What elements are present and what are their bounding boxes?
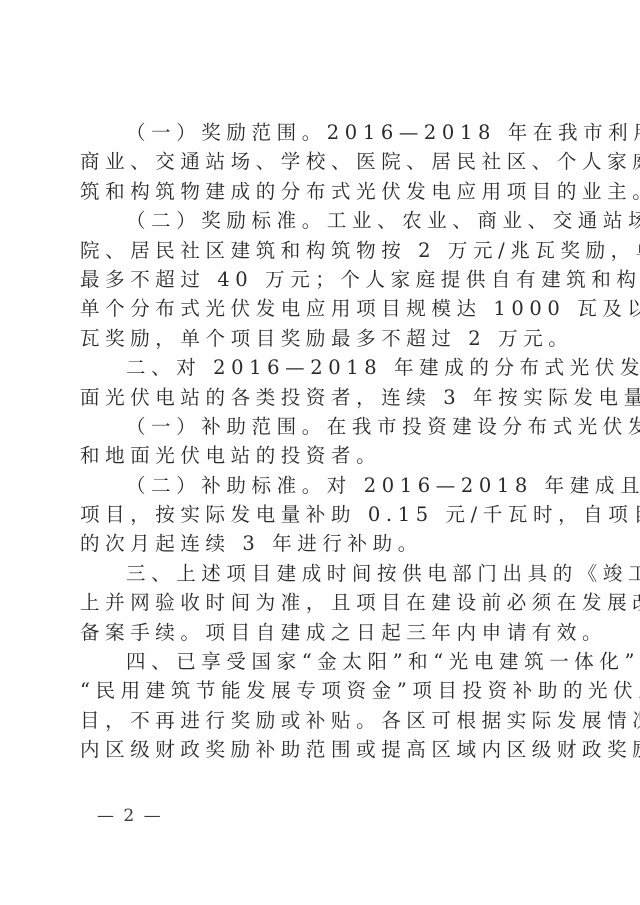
paragraph-line: 上并网验收时间为准，且项目在建设前必须在发展改革部门办理: [80, 588, 560, 617]
document-page: （一）奖励范围。2016—2018 年在我市利用工业、农业、 商业、交通站场、学…: [0, 0, 640, 905]
paragraph-line: 瓦奖励，单个项目奖励最多不超过 2 万元。: [80, 324, 560, 353]
paragraph-line: 三、上述项目建成时间按供电部门出具的《竣工检验意见单》: [80, 559, 560, 588]
paragraph-line: 单个分布式光伏发电应用项目规模达 1000 瓦及以上的，按 1 元/: [80, 294, 560, 323]
paragraph-line: （二）补助标准。对 2016—2018 年建成且符合补助范围的: [80, 471, 560, 500]
paragraph-line: 最多不超过 40 万元；个人家庭提供自有建筑和构筑物面积安装: [80, 265, 560, 294]
paragraph-line: （二）奖励标准。工业、农业、商业、交通站场、学校、医: [80, 206, 560, 235]
paragraph-line: “民用建筑节能发展专项资金”项目投资补助的光伏发电应用项: [80, 676, 560, 705]
paragraph-line: 筑和构筑物建成的分布式光伏发电应用项目的业主。: [80, 177, 560, 206]
paragraph-line: （一）奖励范围。2016—2018 年在我市利用工业、农业、: [80, 118, 560, 147]
paragraph-line: 内区级财政奖励补助范围或提高区域内区级财政奖励补助标准。: [80, 735, 560, 764]
paragraph-line: （一）补助范围。在我市投资建设分布式光伏发电应用项目: [80, 412, 560, 441]
document-body: （一）奖励范围。2016—2018 年在我市利用工业、农业、 商业、交通站场、学…: [80, 118, 560, 765]
paragraph-line: 商业、交通站场、学校、医院、居民社区、个人家庭等各类型建: [80, 147, 560, 176]
paragraph-line: 四、已享受国家“金太阳”和“光电建筑一体化”以及我市: [80, 647, 560, 676]
paragraph-line: 和地面光伏电站的投资者。: [80, 441, 560, 470]
paragraph-line: 项目，按实际发电量补助 0.15 元/千瓦时，自项目实现并网发电: [80, 500, 560, 529]
page-number: — 2 —: [97, 806, 163, 826]
paragraph-line: 二、对 2016—2018 年建成的分布式光伏发电应用项目和地: [80, 353, 560, 382]
paragraph-line: 目，不再进行奖励或补贴。各区可根据实际发展情况，增加区域: [80, 706, 560, 735]
paragraph-line: 的次月起连续 3 年进行补助。: [80, 529, 560, 558]
paragraph-line: 备案手续。项目自建成之日起三年内申请有效。: [80, 618, 560, 647]
paragraph-line: 院、居民社区建筑和构筑物按 2 万元/兆瓦奖励，单个项目奖励: [80, 236, 560, 265]
paragraph-line: 面光伏电站的各类投资者，连续 3 年按实际发电量给予补助。: [80, 383, 560, 412]
